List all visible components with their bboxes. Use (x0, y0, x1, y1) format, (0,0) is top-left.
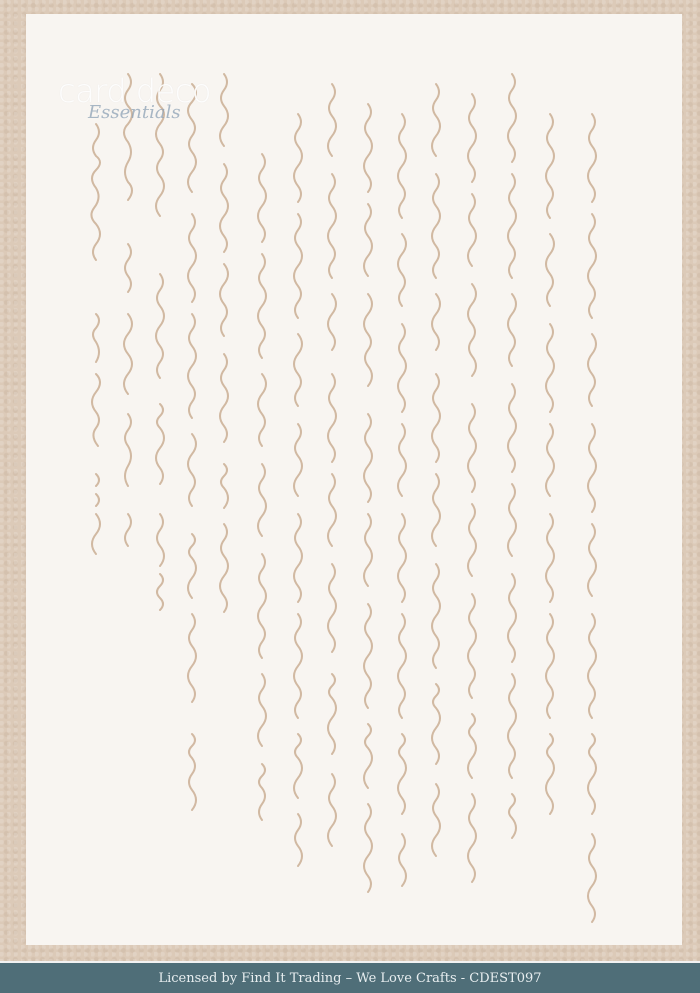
logo-subline: Essentials (88, 102, 181, 123)
brand-logo: card deco Essentials (58, 72, 218, 142)
handwriting-pattern (26, 14, 682, 945)
license-footer: Licensed by Find It Trading – We Love Cr… (0, 963, 700, 993)
license-text: Licensed by Find It Trading – We Love Cr… (158, 971, 541, 986)
paper-panel (26, 14, 682, 945)
